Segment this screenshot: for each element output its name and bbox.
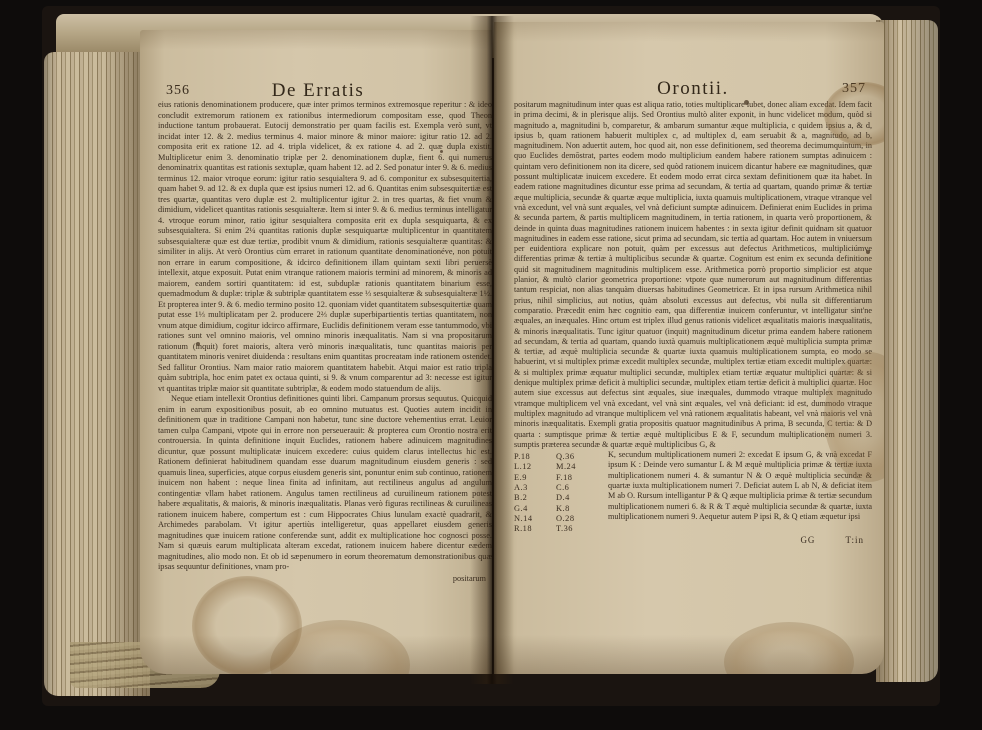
left-paragraphs: eius rationis denominationem producere, … [158,100,492,573]
margin-table-row: E.9F.18 [514,473,598,483]
margin-table-row: P.18Q.36 [514,452,598,462]
stain [270,620,410,674]
paragraph: positarum magnitudinum inter quas est al… [514,100,872,450]
paragraph: Neque etiam intellexit Orontius definiti… [158,394,492,573]
running-title-right: Orontii. [514,78,872,100]
margin-table-block: P.18Q.36L.12M.24E.9F.18A.3C.6B.2D.4G.4K.… [514,450,872,534]
left-page: 356 De Erratis eius rationis denominatio… [140,30,492,674]
left-page-text: eius rationis denominationem producere, … [158,100,492,584]
running-title-left: De Erratis [158,80,478,102]
right-page: Orontii. 357 positarum magnitudinum inte… [494,22,884,674]
page-edges-right [876,20,938,682]
margin-table: P.18Q.36L.12M.24E.9F.18A.3C.6B.2D.4G.4K.… [514,452,598,534]
margin-table-row: G.4K.8 [514,504,598,514]
margin-table-row: R.18T.36 [514,524,598,534]
stain [192,576,302,674]
right-page-text: positarum magnitudinum inter quas est al… [514,100,872,546]
right-page-header: Orontii. 357 [514,78,872,100]
book: 356 De Erratis eius rationis denominatio… [42,6,940,706]
left-page-header: 356 De Erratis [158,80,478,102]
stain [724,622,854,674]
scanned-book-photo: 356 De Erratis eius rationis denominatio… [0,0,982,730]
margin-table-row: A.3C.6 [514,483,598,493]
margin-table-row: N.14O.28 [514,514,598,524]
paragraph: eius rationis denominationem producere, … [158,100,492,394]
catchword-left: positarum [158,574,492,585]
signature-mark: GG [800,535,815,545]
page-edges-left [44,52,150,696]
page-footer: GG T:in [514,535,872,545]
catchword-right: T:in [845,535,864,545]
page-number-right: 357 [842,81,866,97]
margin-table-row: L.12M.24 [514,462,598,472]
margin-table-row: B.2D.4 [514,493,598,503]
